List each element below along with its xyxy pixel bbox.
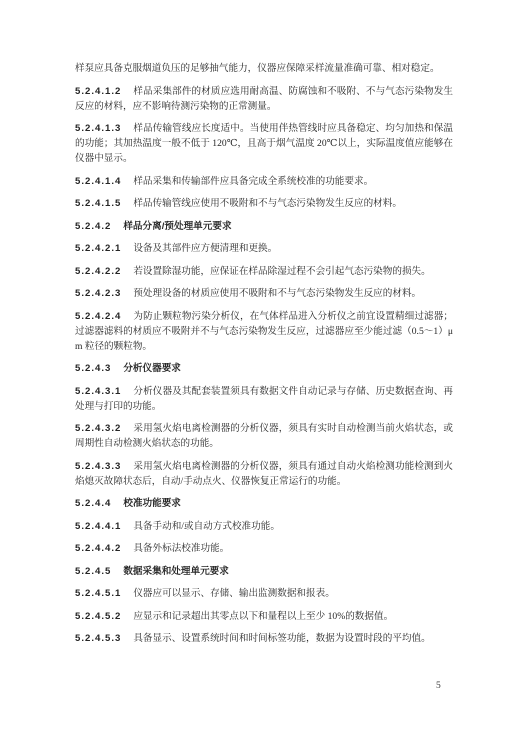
section-heading: 5.2.4.2样品分离/预处理单元要求 (75, 219, 453, 234)
clause-text: 具备显示、设置系统时间和时间标签功能，数据为设置时段的平均值。 (133, 633, 430, 644)
clause-paragraph: 5.2.4.1.2样品采集部件的材质应选用耐高温、防腐蚀和不吸附、不与气态污染物… (75, 84, 453, 114)
clause-text: 样泵应具备克服烟道负压的足够抽气能力，仪器应保障采样流量准确可靠、相对稳定。 (75, 63, 440, 74)
clause-paragraph: 样泵应具备克服烟道负压的足够抽气能力，仪器应保障采样流量准确可靠、相对稳定。 (75, 61, 453, 76)
clause-paragraph: 5.2.4.2.2若设置除湿功能，应保证在样品除湿过程不会引起气态污染物的损失。 (75, 264, 453, 279)
clause-number: 5.2.4.1.3 (75, 123, 121, 134)
clause-text: 采用氢火焰电离检测器的分析仪器，须具有实时自动检测当前火焰状态，或周期性自动检测… (75, 423, 453, 449)
clause-paragraph: 5.2.4.3.1分析仪器及其配套装置须具有数据文件自动记录与存储、历史数据查询… (75, 384, 453, 414)
clause-paragraph: 5.2.4.2.4为防止颗粒物污染分析仪，在气体样品进入分析仪之前宜设置精细过滤… (75, 309, 453, 354)
section-heading: 5.2.4.5数据采集和处理单元要求 (75, 564, 453, 579)
clause-number: 5.2.4.3.3 (75, 461, 121, 472)
document-page: 样泵应具备克服烟道负压的足够抽气能力，仪器应保障采样流量准确可靠、相对稳定。5.… (0, 0, 523, 740)
section-heading-text: 样品分离/预处理单元要求 (123, 221, 231, 232)
clause-text: 具备手动和/或自动方式校准功能。 (133, 521, 280, 532)
clause-number: 5.2.4.2.1 (75, 243, 121, 254)
clause-number: 5.2.4.3.2 (75, 423, 121, 434)
clause-text: 预处理设备的材质应使用不吸附和不与气态污染物发生反应的材料。 (133, 288, 421, 299)
clause-number: 5.2.4.2.2 (75, 266, 121, 277)
clause-number: 5.2.4.3.1 (75, 386, 121, 397)
clause-paragraph: 5.2.4.1.4样品采集和传输部件应具备完成全系统校准的功能要求。 (75, 174, 453, 189)
clause-number: 5.2.4.2.3 (75, 288, 121, 299)
section-heading-text: 数据采集和处理单元要求 (123, 566, 229, 577)
clause-text: 设备及其部件应方便清理和更换。 (133, 243, 277, 254)
clause-paragraph: 5.2.4.3.2采用氢火焰电离检测器的分析仪器，须具有实时自动检测当前火焰状态… (75, 421, 453, 451)
clause-text: 采用氢火焰电离检测器的分析仪器，须具有通过自动火焰检测功能检测到火焰熄灭故障状态… (75, 461, 453, 487)
clause-number: 5.2.4.5 (75, 566, 111, 577)
clause-number: 5.2.4.5.2 (75, 611, 121, 622)
clause-text: 具备外标法校准功能。 (133, 543, 229, 554)
clause-text: 应显示和记录超出其零点以下和量程以上至少 10%的数据值。 (133, 611, 393, 622)
clause-paragraph: 5.2.4.1.3样品传输管线应长度适中。当使用伴热管线时应具备稳定、均匀加热和… (75, 121, 453, 166)
clause-text: 分析仪器及其配套装置须具有数据文件自动记录与存储、历史数据查询、再处理与打印的功… (75, 386, 453, 412)
section-heading-text: 校准功能要求 (123, 498, 181, 509)
clause-text: 样品采集和传输部件应具备完成全系统校准的功能要求。 (133, 176, 373, 187)
clause-text: 为防止颗粒物污染分析仪，在气体样品进入分析仪之前宜设置精细过滤器；过滤器滤料的材… (75, 311, 453, 352)
section-heading-text: 分析仪器要求 (123, 363, 181, 374)
clause-paragraph: 5.2.4.4.2具备外标法校准功能。 (75, 541, 453, 556)
clause-number: 5.2.4.5.1 (75, 588, 121, 599)
clause-paragraph: 5.2.4.1.5样品传输管线应使用不吸附和不与气态污染物发生反应的材料。 (75, 196, 453, 211)
page-number: 5 (436, 681, 441, 691)
clause-number: 5.2.4.1.2 (75, 86, 121, 97)
clause-paragraph: 5.2.4.2.1设备及其部件应方便清理和更换。 (75, 241, 453, 256)
clause-number: 5.2.4.2.4 (75, 311, 121, 322)
clause-paragraph: 5.2.4.5.2应显示和记录超出其零点以下和量程以上至少 10%的数据值。 (75, 609, 453, 624)
clause-number: 5.2.4.2 (75, 221, 111, 232)
section-heading: 5.2.4.3分析仪器要求 (75, 361, 453, 376)
clause-paragraph: 5.2.4.5.3具备显示、设置系统时间和时间标签功能，数据为设置时段的平均值。 (75, 631, 453, 646)
document-body: 样泵应具备克服烟道负压的足够抽气能力，仪器应保障采样流量准确可靠、相对稳定。5.… (75, 61, 453, 646)
clause-paragraph: 5.2.4.3.3采用氢火焰电离检测器的分析仪器，须具有通过自动火焰检测功能检测… (75, 459, 453, 489)
clause-text: 若设置除湿功能，应保证在样品除湿过程不会引起气态污染物的损失。 (133, 266, 430, 277)
clause-number: 5.2.4.4.2 (75, 543, 121, 554)
clause-number: 5.2.4.1.4 (75, 176, 121, 187)
clause-text: 仪器应可以显示、存储、输出监测数据和报表。 (133, 588, 334, 599)
clause-number: 5.2.4.5.3 (75, 633, 121, 644)
clause-paragraph: 5.2.4.4.1具备手动和/或自动方式校准功能。 (75, 519, 453, 534)
clause-number: 5.2.4.4.1 (75, 521, 121, 532)
clause-paragraph: 5.2.4.5.1仪器应可以显示、存储、输出监测数据和报表。 (75, 586, 453, 601)
clause-number: 5.2.4.3 (75, 363, 111, 374)
section-heading: 5.2.4.4校准功能要求 (75, 496, 453, 511)
clause-text: 样品传输管线应长度适中。当使用伴热管线时应具备稳定、均匀加热和保温的功能；其加热… (75, 123, 453, 164)
clause-text: 样品采集部件的材质应选用耐高温、防腐蚀和不吸附、不与气态污染物发生反应的材料，应… (75, 86, 453, 112)
clause-number: 5.2.4.1.5 (75, 198, 121, 209)
clause-paragraph: 5.2.4.2.3预处理设备的材质应使用不吸附和不与气态污染物发生反应的材料。 (75, 286, 453, 301)
clause-number: 5.2.4.4 (75, 498, 111, 509)
clause-text: 样品传输管线应使用不吸附和不与气态污染物发生反应的材料。 (133, 198, 402, 209)
